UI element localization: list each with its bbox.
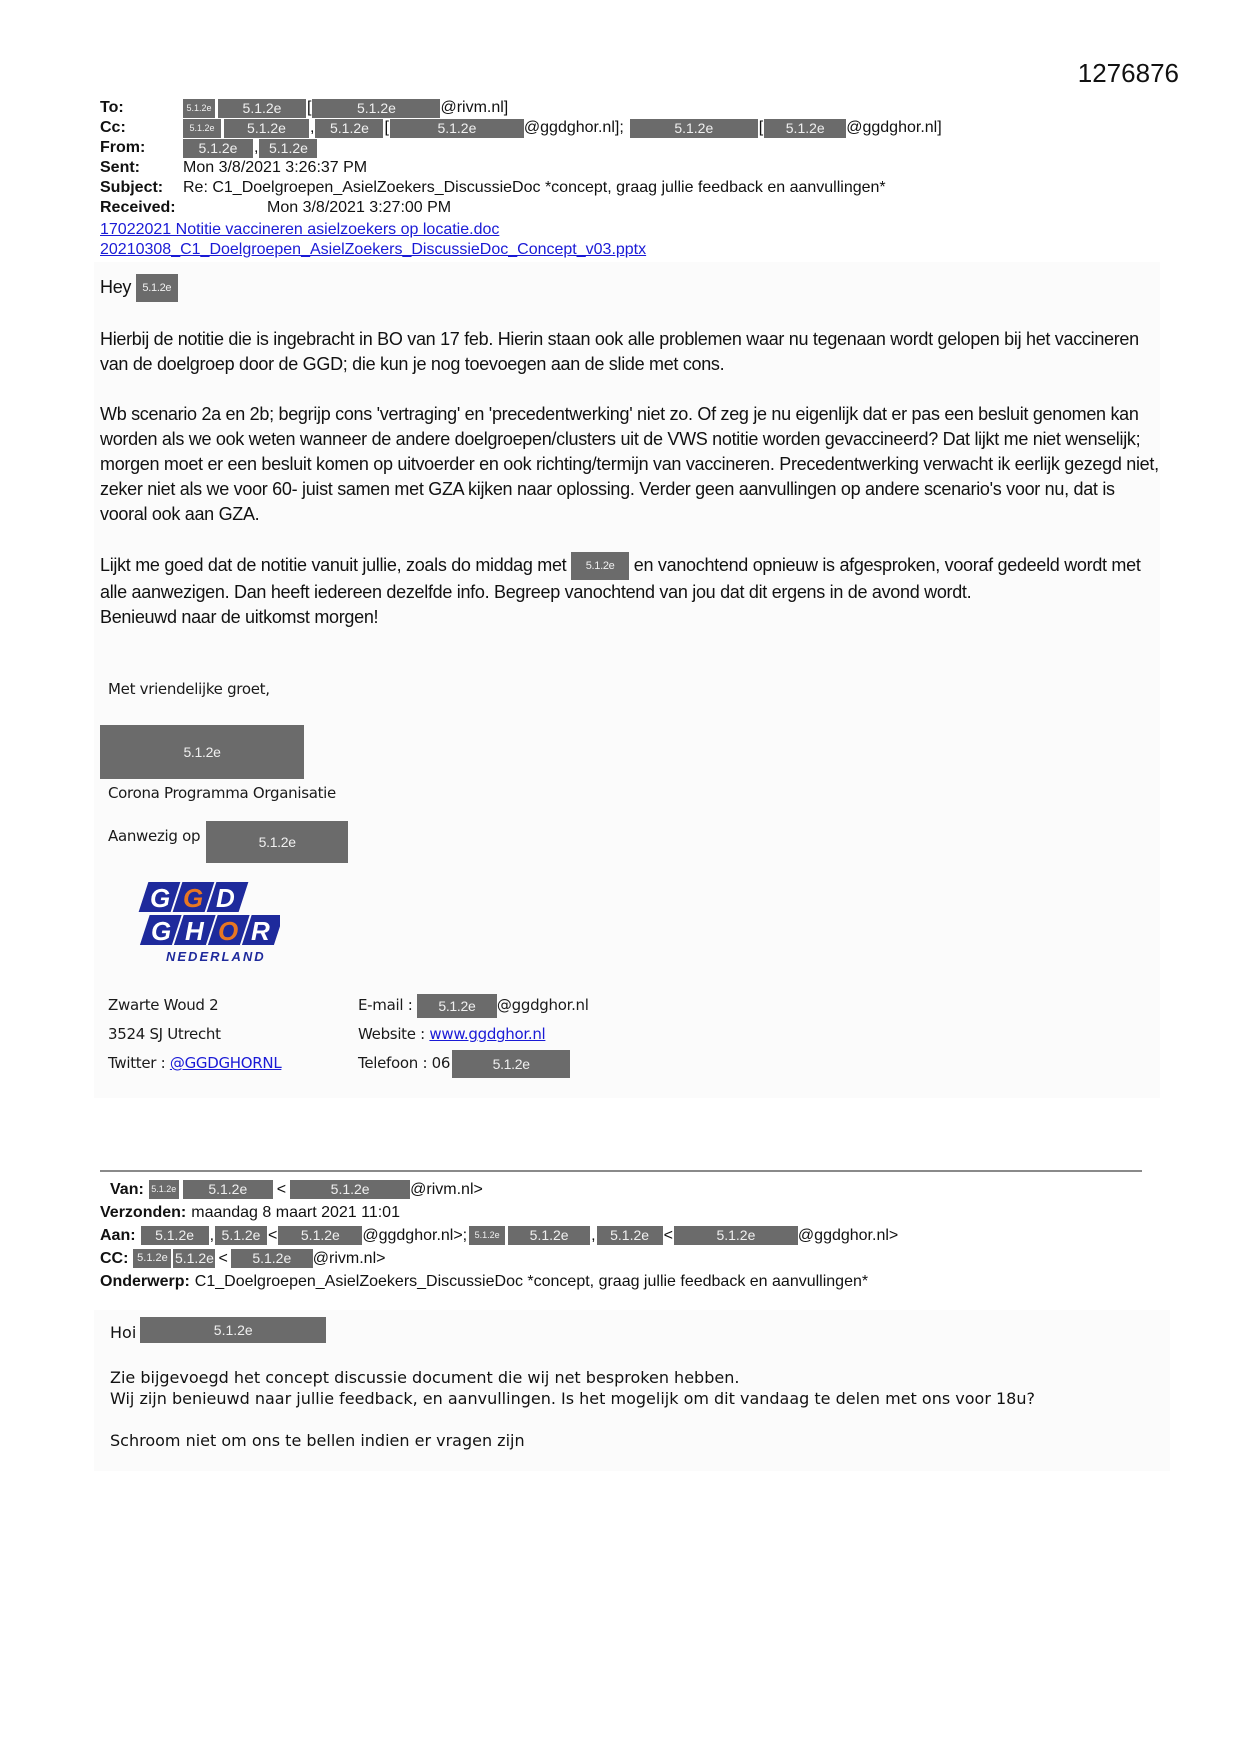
greeting: Hoi [110,1322,136,1343]
svg-text:H: H [185,916,205,946]
paragraph: Lijkt me goed dat de notitie vanuit jull… [100,552,1160,605]
sent-row: Sent: Mon 3/8/2021 3:26:37 PM [100,158,942,178]
organisation: Corona Programma Organisatie [100,779,1160,807]
redaction: 5.1.2e [140,1317,326,1343]
from-label: From: [100,138,183,158]
document-number: 1276876 [1078,58,1179,89]
from-row: From: 5.1.2e , 5.1.2e [100,138,942,158]
onderwerp-row: Onderwerp: C1_Doelgroepen_AsielZoekers_D… [100,1270,898,1293]
closing: Met vriendelijke groet, [100,675,1160,703]
redaction: 5.1.2e [231,1249,313,1268]
address-line: Zwarte Woud 2 [108,991,358,1020]
to-row: To: 5.1.2e 5.1.2e [ 5.1.2e @rivm.nl] [100,98,942,118]
svg-text:G: G [183,883,203,913]
present-label: Aanwezig op [108,827,200,845]
redaction: 5.1.2e [290,1180,410,1199]
greeting: Hey [100,277,131,297]
verzonden-row: Verzonden: maandag 8 maart 2021 11:01 [100,1201,898,1224]
subject-label: Subject: [100,178,183,198]
forwarded-body: Hoi 5.1.2e Zie bijgevoegd het concept di… [94,1310,1170,1471]
redaction: 5.1.2e [183,119,221,138]
redaction: 5.1.2e [259,139,317,158]
redaction: 5.1.2e [183,139,253,158]
received-row: Received: Mon 3/8/2021 3:27:00 PM [100,198,942,218]
redaction: 5.1.2e [312,99,440,118]
twitter-link[interactable]: @GGDGHORNL [170,1054,282,1072]
redaction: 5.1.2e [100,725,304,779]
svg-text:D: D [216,883,235,913]
signature: Met vriendelijke groet, 5.1.2e Corona Pr… [100,630,1160,1078]
van-row: Van: 5.1.2e 5.1.2e < 5.1.2e @rivm.nl> [100,1178,898,1201]
ggd-ghor-logo: G G D G H O R NEDERLAND [130,877,280,977]
paragraph: Zie bijgevoegd het concept discussie doc… [110,1367,1170,1388]
cc-domain-1: @ggdghor.nl]; [524,118,624,138]
sent-value: Mon 3/8/2021 3:26:37 PM [183,158,367,178]
redaction: 5.1.2e [417,994,497,1018]
sent-label: Sent: [100,158,183,178]
redaction: 5.1.2e [218,99,306,118]
to-label: To: [100,98,183,118]
subject-row: Subject: Re: C1_Doelgroepen_AsielZoekers… [100,178,942,198]
attachments: 17022021 Notitie vaccineren asielzoekers… [100,220,646,260]
subject-value: Re: C1_Doelgroepen_AsielZoekers_Discussi… [183,178,886,198]
aan-row: Aan: 5.1.2e , 5.1.2e < 5.1.2e @ggdghor.n… [100,1224,898,1247]
email-body: Hey 5.1.2e Hierbij de notitie die is ing… [94,262,1160,1098]
forwarded-header: Van: 5.1.2e 5.1.2e < 5.1.2e @rivm.nl> Ve… [100,1178,898,1293]
cc-label: Cc: [100,118,183,138]
redaction: 5.1.2e [173,1249,215,1268]
attachment-link[interactable]: 17022021 Notitie vaccineren asielzoekers… [100,221,499,238]
redaction: 5.1.2e [469,1226,505,1245]
received-value: Mon 3/8/2021 3:27:00 PM [267,198,451,218]
contact-details: Zwarte Woud 2 E-mail : 5.1.2e@ggdghor.nl… [100,991,1160,1078]
email-line: E-mail : 5.1.2e@ggdghor.nl [358,991,618,1020]
redaction: 5.1.2e [452,1050,570,1078]
paragraph: Benieuwd naar de uitkomst morgen! [100,605,1160,630]
redaction: 5.1.2e [215,1226,267,1245]
redaction: 5.1.2e [141,1226,209,1245]
cc-row: CC: 5.1.2e 5.1.2e < 5.1.2e @rivm.nl> [100,1247,898,1270]
svg-text:G: G [151,916,171,946]
phone-line: Telefoon : 065.1.2e [358,1049,618,1078]
paragraph: Wb scenario 2a en 2b; begrijp cons 'vert… [100,402,1160,527]
redaction: 5.1.2e [278,1226,362,1245]
redaction: 5.1.2e [149,1180,179,1199]
cc-row: Cc: 5.1.2e 5.1.2e , 5.1.2e [ 5.1.2e @ggd… [100,118,942,138]
twitter-line: Twitter : @GGDGHORNL [108,1049,358,1078]
redaction: 5.1.2e [224,119,309,138]
website-link[interactable]: www.ggdghor.nl [429,1025,545,1043]
paragraph: Hierbij de notitie die is ingebracht in … [100,327,1160,377]
received-label: Received: [100,198,267,218]
to-domain: @rivm.nl] [440,98,508,118]
divider [100,1170,1142,1172]
ggd-ghor-logo-icon: G G D G H O R NEDERLAND [130,877,280,977]
website-line: Website : www.ggdghor.nl [358,1020,618,1049]
redaction: 5.1.2e [133,1249,171,1268]
paragraph: Wij zijn benieuwd naar jullie feedback, … [110,1388,1170,1409]
svg-text:O: O [218,916,238,946]
redaction: 5.1.2e [136,274,178,302]
redaction: 5.1.2e [508,1226,590,1245]
paragraph: Schroom niet om ons te bellen indien er … [110,1430,1170,1451]
svg-text:NEDERLAND: NEDERLAND [166,949,266,964]
svg-text:R: R [251,916,270,946]
redaction: 5.1.2e [390,119,524,138]
redaction: 5.1.2e [183,99,215,118]
redaction: 5.1.2e [630,119,758,138]
cc-domain-2: @ggdghor.nl] [846,118,941,138]
redaction: 5.1.2e [206,821,348,863]
address-line: 3524 SJ Utrecht [108,1020,358,1049]
attachment-link[interactable]: 20210308_C1_Doelgroepen_AsielZoekers_Dis… [100,241,646,258]
redaction: 5.1.2e [315,119,383,138]
redaction: 5.1.2e [597,1226,663,1245]
redaction: 5.1.2e [764,119,846,138]
redaction: 5.1.2e [571,552,629,580]
redaction: 5.1.2e [183,1180,273,1199]
email-header: To: 5.1.2e 5.1.2e [ 5.1.2e @rivm.nl] Cc:… [100,98,942,218]
redaction: 5.1.2e [674,1226,798,1245]
svg-text:G: G [150,883,170,913]
